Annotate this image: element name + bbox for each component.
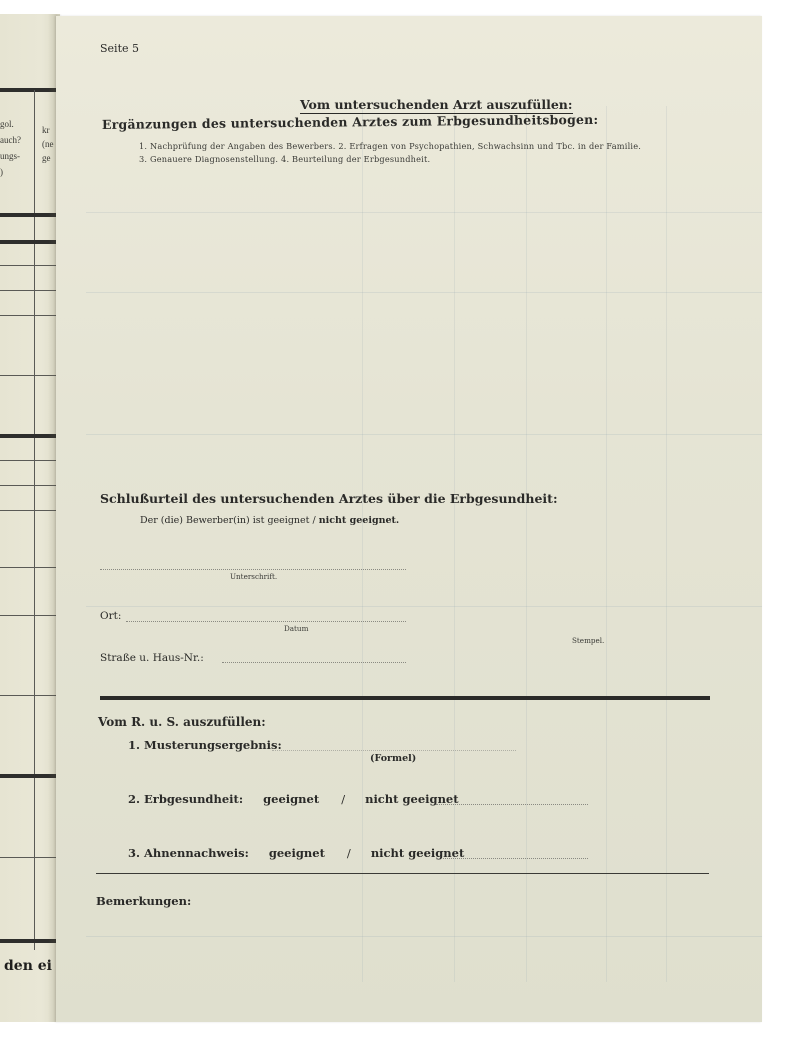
signature-line[interactable] (100, 569, 406, 570)
musterung-line[interactable] (272, 750, 516, 751)
verdict-text-not-suitable: nicht geeignet. (319, 515, 400, 526)
verdict-statement: Der (die) Bewerber(in) ist geeignet / ni… (140, 515, 399, 526)
erbgesundheit-option-suitable[interactable]: geeignet (263, 792, 319, 806)
left-page-bottom-text: den ei (4, 958, 52, 974)
page-number: Seite 5 (100, 42, 139, 55)
doctor-notes-area[interactable] (96, 176, 746, 476)
left-header-cell-4: ) (0, 166, 3, 178)
musterung-label: 1. Musterungsergebnis: (128, 738, 282, 752)
left-header-cell-2: auch? (0, 134, 21, 146)
section-divider (100, 696, 710, 700)
ahnennachweis-line[interactable] (436, 858, 588, 859)
stamp-label: Stempel. (572, 636, 604, 645)
verdict-title: Schlußurteil des untersuchenden Arztes ü… (100, 491, 558, 506)
show-through-line (86, 606, 762, 607)
remarks-label: Bemerkungen: (96, 894, 191, 908)
rus-section-title: Vom R. u. S. auszufüllen: (98, 715, 266, 729)
erbgesundheit-line[interactable] (436, 804, 588, 805)
option-separator: / (341, 792, 345, 806)
street-label: Straße u. Haus-Nr.: (100, 652, 204, 664)
option-separator: / (347, 846, 351, 860)
remarks-divider (96, 873, 709, 874)
erbgesundheit-row: 2. Erbgesundheit: geeignet / nicht geeig… (128, 792, 459, 806)
date-label: Datum (284, 624, 308, 633)
verdict-text-prefix: Der (die) Bewerber(in) ist geeignet / (140, 515, 319, 526)
table-column-divider (34, 90, 35, 950)
street-line[interactable] (222, 662, 406, 663)
supplements-title: Ergänzungen des untersuchenden Arztes zu… (102, 112, 598, 132)
remarks-area[interactable] (96, 914, 736, 1004)
ahnennachweis-option-suitable[interactable]: geeignet (269, 846, 325, 860)
erbgesundheit-label: 2. Erbgesundheit: (128, 792, 243, 806)
instruction-line-1: 1. Nachprüfung der Angaben des Bewerbers… (139, 141, 641, 151)
left-header-cell-3: ungs- (0, 150, 20, 162)
place-date-line[interactable] (126, 621, 406, 622)
instruction-line-2: 3. Genauere Diagnosenstellung. 4. Beurte… (139, 154, 430, 164)
signature-label: Unterschrift. (230, 572, 277, 581)
ahnennachweis-row: 3. Ahnennachweis: geeignet / nicht geeig… (128, 846, 464, 860)
formel-label: (Formel) (370, 753, 416, 764)
place-label: Ort: (100, 610, 121, 622)
left-header-cell-1: gol. (0, 118, 14, 130)
form-page: Seite 5 Vom untersuchenden Arzt auszufül… (56, 16, 762, 1022)
ahnennachweis-label: 3. Ahnennachweis: (128, 846, 249, 860)
section-heading: Vom untersuchenden Arzt auszufüllen: (300, 97, 573, 114)
